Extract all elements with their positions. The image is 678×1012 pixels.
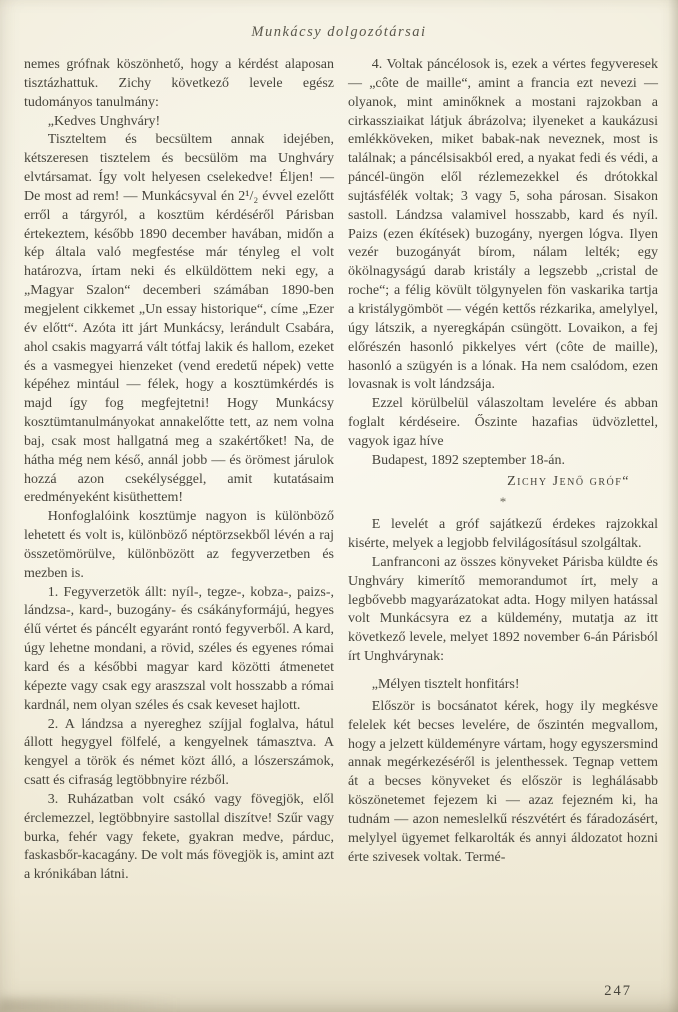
paragraph: Honfoglalóink kosztümje nagyon is különb…: [24, 508, 334, 583]
paragraph: 3. Ruházatban volt csákó vagy fövegjök, …: [24, 791, 334, 885]
paragraph: 4. Voltak páncélosok is, ezek a vértes f…: [348, 56, 658, 395]
scan-shadow-right: [668, 0, 678, 1012]
scanned-book-page: Munkácsy dolgozótársai nemes grófnak kös…: [0, 0, 678, 1012]
scan-shadow-bottom: [0, 998, 180, 1012]
letter-salutation: „Kedves Unghváry!: [24, 113, 334, 132]
paragraph: Lanfranconi az összes könyveket Párisba …: [348, 554, 658, 667]
text-columns: nemes grófnak köszönhető, hogy a kérdést…: [24, 56, 658, 885]
page-number: 247: [604, 983, 632, 1000]
paragraph: E levelét a gróf sajátkezű érdekes rajzo…: [348, 516, 658, 554]
letter-signature: Zichy Jenő gróf“: [348, 473, 658, 492]
paragraph: Ezzel körülbelül válaszoltam levelére és…: [348, 395, 658, 452]
running-header: Munkácsy dolgozótársai: [0, 24, 678, 41]
text-column-right: 4. Voltak páncélosok is, ezek a vértes f…: [348, 56, 658, 885]
asterisk-separator: *: [348, 493, 658, 512]
text-column-left: nemes grófnak köszönhető, hogy a kérdést…: [24, 56, 334, 885]
letter-date-line: Budapest, 1892 szeptember 18-án.: [348, 452, 658, 471]
paragraph: 2. A lándzsa a nyereghez szíjjal foglalv…: [24, 716, 334, 791]
paragraph: 1. Fegyverzetök állt: nyíl-, tegze-, kob…: [24, 584, 334, 716]
paragraph: Először is bocsánatot kérek, hogy ily me…: [348, 698, 658, 868]
letter-salutation: „Mélyen tisztelt honfitárs!: [348, 676, 658, 695]
paragraph: nemes grófnak köszönhető, hogy a kérdést…: [24, 56, 334, 113]
paragraph: Tiszteltem és becsültem annak idejében, …: [24, 131, 334, 508]
